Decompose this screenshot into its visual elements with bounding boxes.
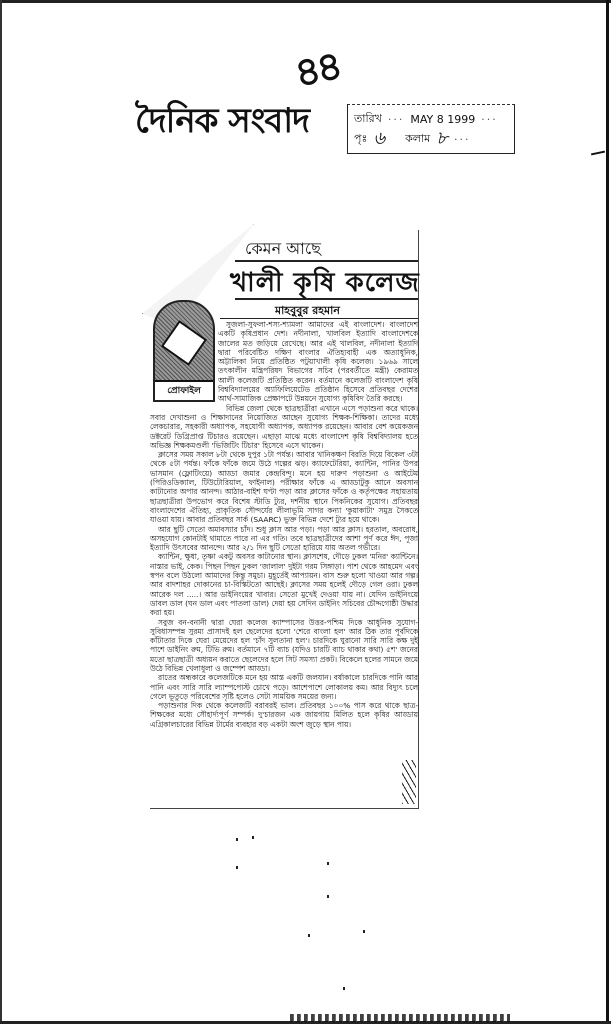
article-clipping: কেমন আছে খালী কৃষি কলেজ মাহবুবুর রহমান ম… bbox=[150, 230, 419, 809]
scan-speck bbox=[308, 934, 310, 937]
column-label: কলাম bbox=[405, 130, 430, 149]
paragraph: ক্লাসের সময় সকাল ৮টা থেকে দুপুর ১টা পর্… bbox=[150, 450, 418, 524]
paragraph: বিভিন্ন জেলা থেকে ছাত্রছাত্রীরা এখানে এস… bbox=[150, 404, 418, 450]
newspaper-masthead: দৈনিক সংবাদ bbox=[135, 95, 309, 152]
scan-speck bbox=[252, 836, 254, 839]
torn-edge-hatch bbox=[402, 760, 416, 804]
paragraph: রাতের অন্ধকারে কলেজটিকে মনে হয় আস্ত একট… bbox=[150, 673, 418, 701]
paragraph: ক্যান্টিন, ক্ষুধা, তৃষ্ণা একটু অবসর কাটা… bbox=[150, 552, 418, 617]
flag-text: মহাবিদ্যালয় বিশ্ববিদ্যালয় কলেজ bbox=[161, 166, 236, 258]
divider bbox=[220, 318, 418, 319]
date-stamp: তারিখ ··· MAY 8 1999 ··· পৃঃ ৬ কলাম ৮ ··… bbox=[347, 104, 515, 154]
page-value: ৬ bbox=[373, 124, 385, 155]
page-label: পৃঃ bbox=[354, 130, 367, 149]
scan-edge-top bbox=[0, 0, 611, 3]
scan-edge-left bbox=[0, 0, 2, 1024]
paragraph: পড়াশুনার দিক থেকে কলেজটি বরাবরই ভাল। প্… bbox=[150, 701, 418, 729]
scan-speck bbox=[327, 895, 329, 898]
scan-speck bbox=[343, 987, 345, 990]
divider bbox=[235, 298, 418, 300]
article-kicker: কেমন আছে bbox=[245, 236, 321, 263]
scan-speck bbox=[236, 866, 238, 869]
dots: ··· bbox=[481, 113, 498, 126]
column-value: ৮ bbox=[436, 124, 448, 155]
scan-noise bbox=[290, 1014, 510, 1022]
scan-speck bbox=[236, 838, 238, 841]
article-body: সুজলা-সুফলা-শস্য-শ্যামলা আমাদের এই বাংলা… bbox=[150, 320, 418, 729]
paragraph: আর ছুটি সেতো অমাবস্যার চাঁদ। শুধু ক্লাস … bbox=[150, 525, 418, 553]
scan-speck bbox=[363, 930, 365, 933]
scan-speck bbox=[327, 862, 329, 865]
scan-edge-right bbox=[606, 0, 609, 1024]
dots: ··· bbox=[454, 133, 471, 146]
dots: ··· bbox=[388, 113, 405, 126]
margin-mark bbox=[591, 151, 605, 156]
paragraph: সবুজ বন-বনানী দ্বারা ঘেরা কলেজ ক্যাম্পাস… bbox=[150, 618, 418, 674]
